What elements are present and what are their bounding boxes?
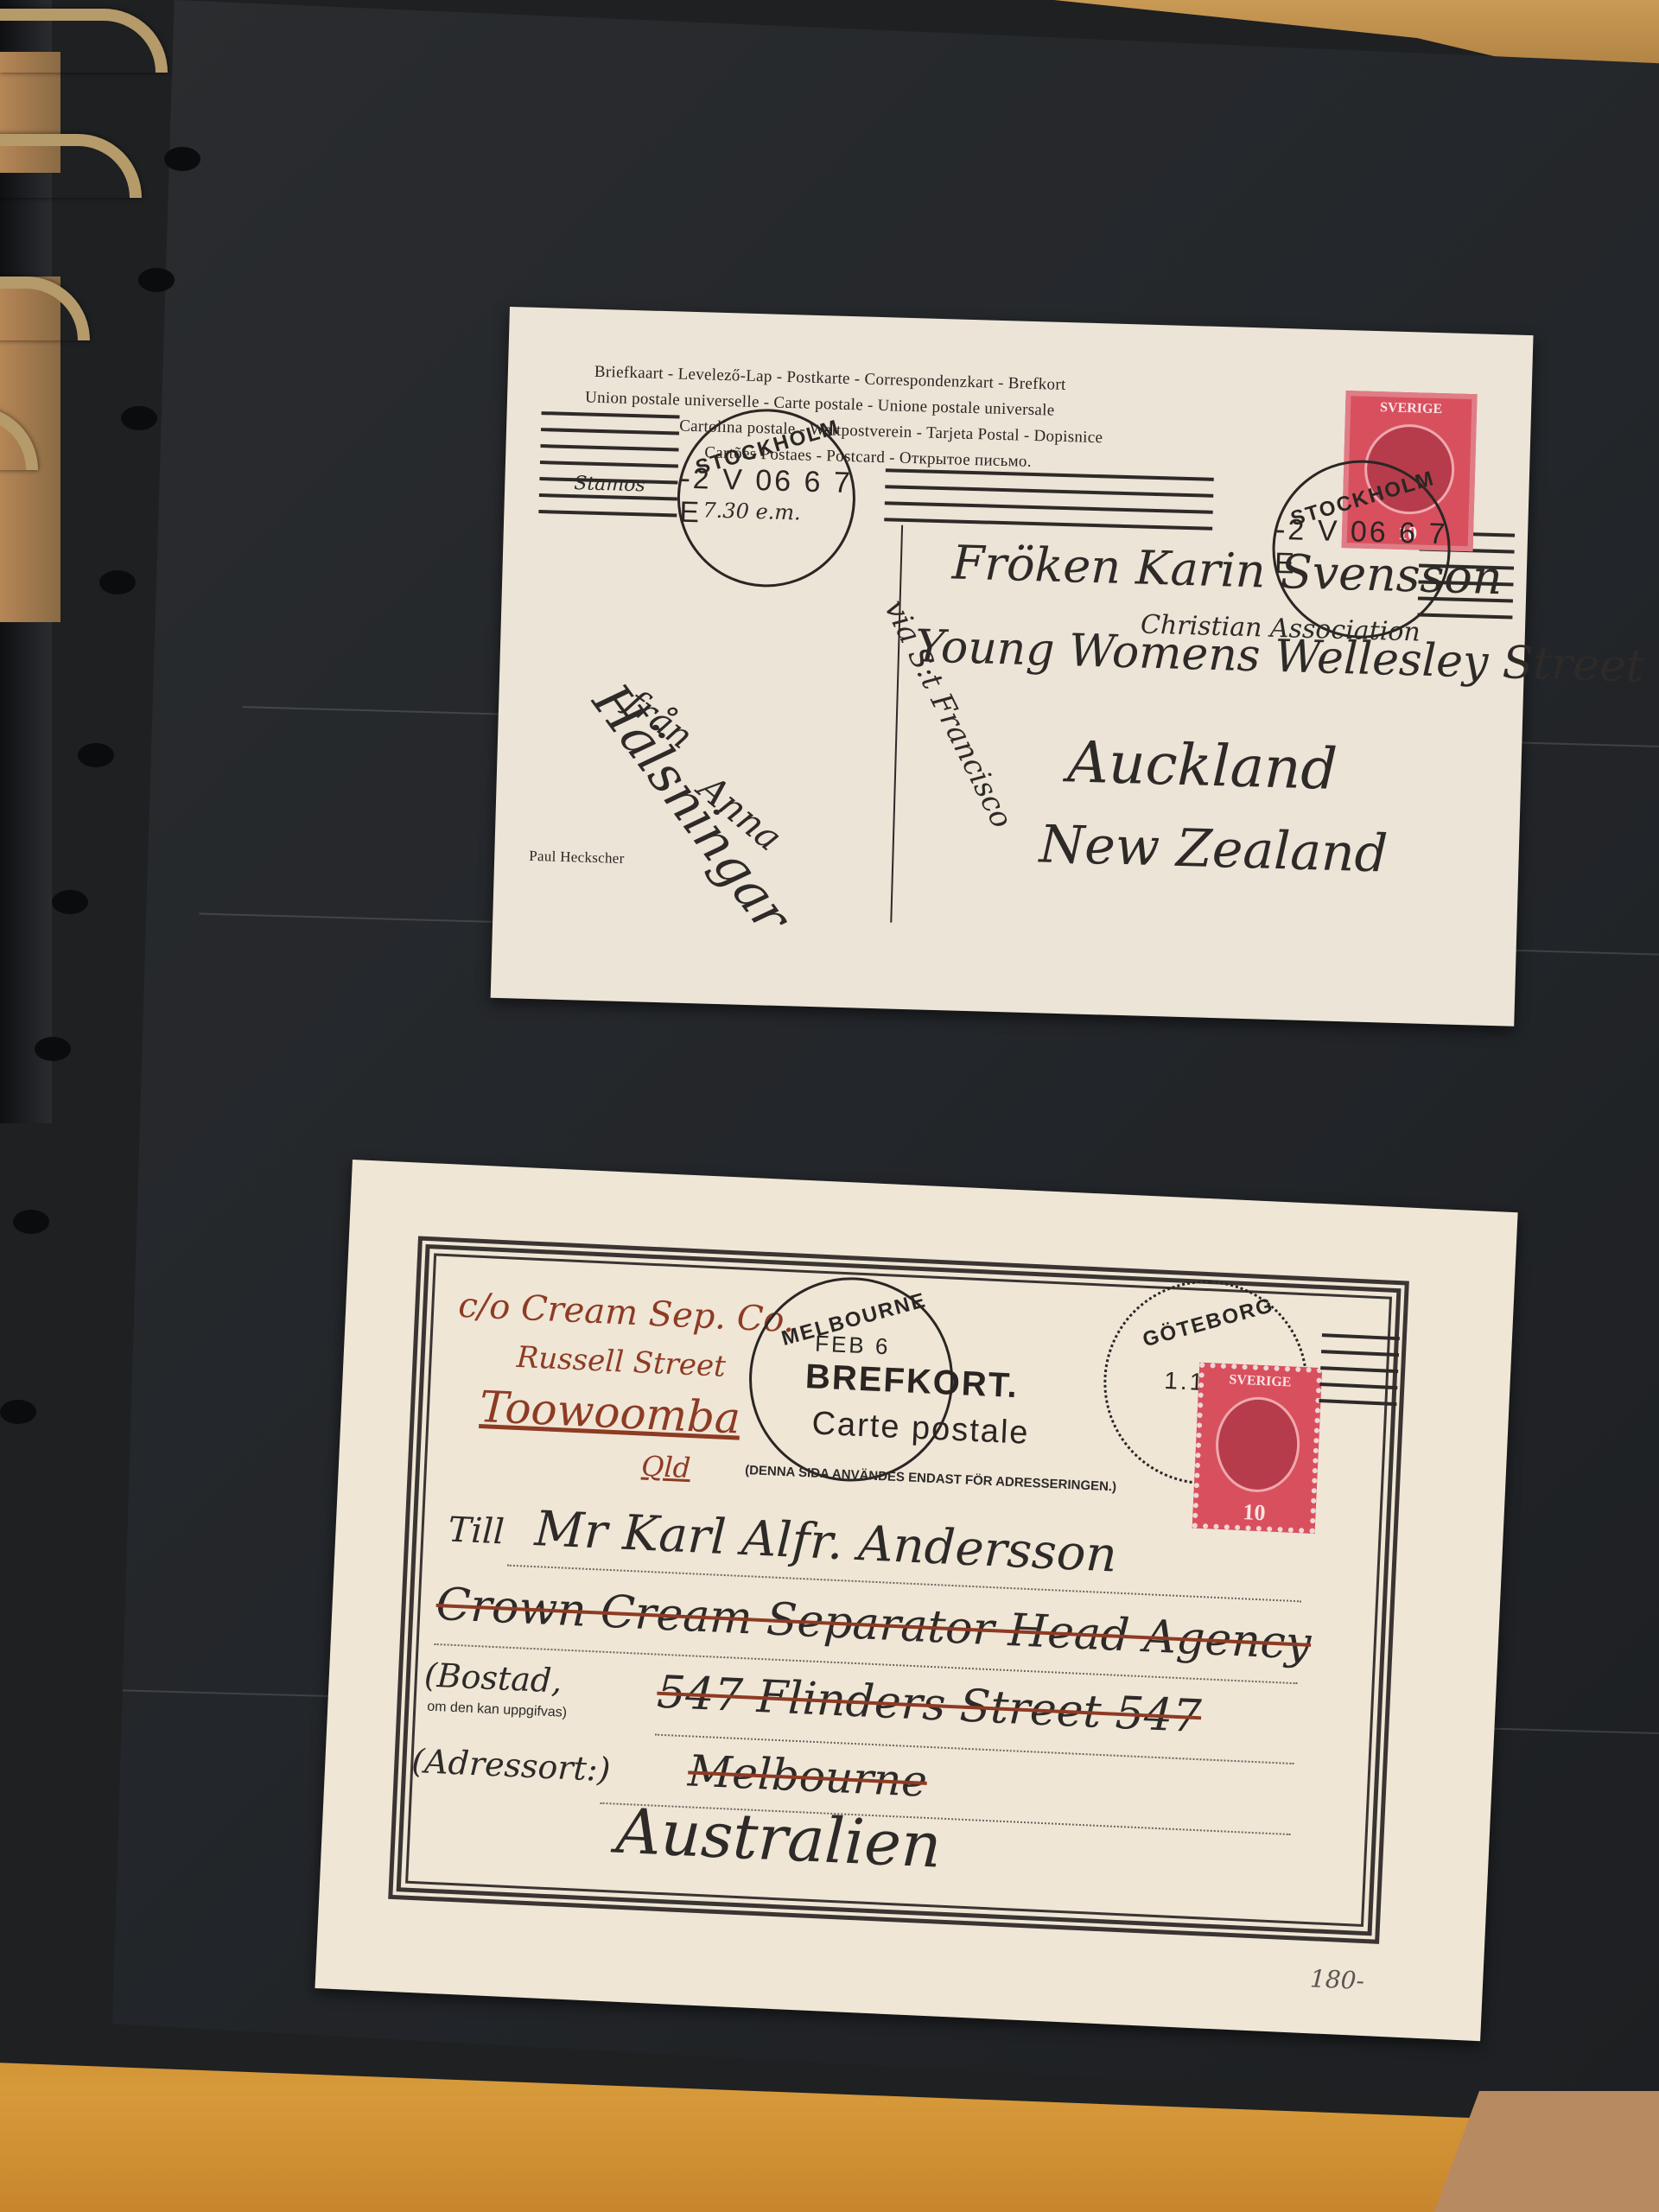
punch-hole bbox=[78, 743, 114, 767]
wavy-cancel-lines bbox=[1319, 1333, 1400, 1419]
address-city: Auckland bbox=[1066, 728, 1338, 803]
punch-hole bbox=[0, 1400, 36, 1424]
punch-hole bbox=[35, 1037, 71, 1061]
binder-ring-1 bbox=[0, 9, 168, 73]
postcard-brefkort-to-australia: c/o Cream Sep. Co. Russell Street Toowoo… bbox=[315, 1160, 1517, 2041]
album-photo: Briefkaart - Levelező-Lap - Postkarte - … bbox=[0, 0, 1659, 2212]
punch-hole bbox=[13, 1210, 49, 1234]
address-divider-line bbox=[890, 525, 903, 923]
machine-cancel-lines-left bbox=[538, 411, 680, 530]
punch-hole bbox=[138, 268, 175, 292]
machine-cancel-lines-center bbox=[884, 468, 1214, 543]
punch-hole bbox=[99, 570, 136, 594]
publisher-imprint: Paul Heckscher bbox=[529, 848, 625, 868]
table-edge bbox=[1434, 2091, 1659, 2212]
punch-hole bbox=[121, 406, 157, 430]
label-till: Till bbox=[448, 1510, 505, 1552]
label-bostad: (Bostad, bbox=[423, 1656, 563, 1700]
address-country: New Zealand bbox=[1039, 814, 1389, 884]
sender-note: Stamos bbox=[574, 473, 645, 496]
stamp-sverige-10-ore: SVERIGE 10 bbox=[1192, 1363, 1323, 1534]
pencil-price-note: 180- bbox=[1309, 1964, 1364, 1995]
redirect-state: Qld bbox=[640, 1450, 691, 1485]
king-portrait-oval bbox=[1213, 1395, 1301, 1494]
postcard-stockholm-to-auckland: Briefkaart - Levelező-Lap - Postkarte - … bbox=[491, 307, 1534, 1027]
binder-ring-2 bbox=[0, 134, 142, 198]
punch-hole bbox=[52, 890, 88, 914]
binder-ring-3 bbox=[0, 276, 90, 340]
sender-time-note: 7.30 e.m. bbox=[702, 498, 801, 524]
address-country: Australien bbox=[614, 1795, 943, 1882]
punch-hole bbox=[164, 147, 200, 171]
